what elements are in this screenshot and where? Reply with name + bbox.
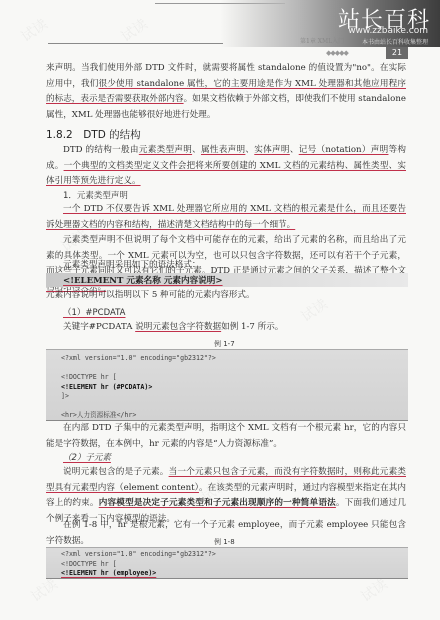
code-line: ]> [46,392,408,402]
underlined-bold-text: 内容模型是决定子元素类型和子元素出现顺序的一种简单语法 [99,498,336,508]
header-rule [48,43,223,44]
underlined-text: 实体声明 [254,145,290,155]
underlined-text: 一个 DTD 不仅要告诉 XML 处理器它所应用的 XML 文档的根元素是什么，… [46,204,406,230]
chapter-tag: 第1章 XML入门 [300,36,344,45]
text: 、 [245,145,254,155]
paragraph-example-explanation: 在内部 DTD 子集中的元素类型声明，指明这个 XML 文档有一个根元素 hr，… [46,421,406,452]
text: 、 [290,145,299,155]
paragraph-content-forms: 元素内容说明可以指明以下 5 种可能的元素内容形式。 [46,288,406,304]
underlined-text: 一个典型的文档类型定义文件会把将来所要创建的 XML 文档的元素结构、属性类型、… [46,161,406,187]
text: DTD 的结构一般由 [63,145,139,155]
underlined-text: 属性表声明 [201,145,245,155]
watermark: 试读 [117,14,151,46]
site-url: www.zzbaike.com [348,26,428,36]
subheading-child-element: （2）子元素 [63,451,111,463]
text: 说明元素包含的是子元素。 [63,467,169,477]
paragraph-dtd-structure: DTD 的结构一般由元素类型声明、属性表声明、实体声明、记号（notation）… [46,143,406,190]
watermark: 试读 [17,14,51,46]
code-line: <hr>人力资源标准</hr> [46,411,408,421]
code-line: <!DOCTYPE hr [ [46,560,408,570]
underlined-text: 说明元素包含字符数据 [135,322,221,332]
code-line: <!DOCTYPE hr [ [46,373,408,383]
underlined-text: 记号（notation）声明 [299,145,389,155]
subheading-pcdata: （1）#PCDATA [63,306,126,318]
code-line: <?xml version="1.0" encoding="gb2312"?> [46,550,408,560]
code-line: <?xml version="1.0" encoding="gb2312"?> [46,354,408,364]
arrow-decoration-icon: ◆◆◆◆◆ [326,49,348,57]
syntax-text: <!ELEMENT 元素名称 元素内容说明> [63,274,223,286]
subheading-element-type: 1．元素类型声明 [63,189,128,201]
text: 、 [192,145,201,155]
code-line: <!ELEMENT hr (employee)> [46,569,408,579]
page-number: 21 [386,47,408,59]
code-example-1-7: <?xml version="1.0" encoding="gb2312"?> … [46,349,408,421]
paragraph-dtd-role: 一个 DTD 不仅要告诉 XML 处理器它所应用的 XML 文档的根元素是什么，… [46,202,406,233]
text: 如例 1-7 所示。 [221,322,283,332]
underlined-text: 元素类型声明 [139,145,192,155]
section-title: 1.8.2 DTD 的结构 [46,127,141,142]
code-example-1-8: <?xml version="1.0" encoding="gb2312"?> … [46,547,408,579]
site-tagline: 本书由站长百科收集整理 [362,37,428,46]
example-caption: 例 1-8 [214,537,235,547]
code-line [46,364,408,374]
code-line [46,402,408,412]
syntax-box: <!ELEMENT 元素名称 元素内容说明> [46,273,408,287]
example-caption: 例 1-7 [214,339,235,349]
paragraph-pcdata: 关键字#PCDATA 说明元素包含字符数据如例 1-7 所示。 [46,320,406,336]
text: 关键字#PCDATA [63,322,135,332]
paragraph-syntax-intro: 元素类型声明采用如下的语法格式： [46,258,406,274]
paragraph-standalone: 来声明。当我们使用外部 DTD 文件时，就需要将属性 standalone 的值… [46,61,406,123]
code-line: <!ELEMENT hr (#PCDATA)> [46,383,408,393]
document-page: 试读 试读 试读 试读 试读 试读 试读 站长百科 www.zzbaike.co… [0,0,440,620]
